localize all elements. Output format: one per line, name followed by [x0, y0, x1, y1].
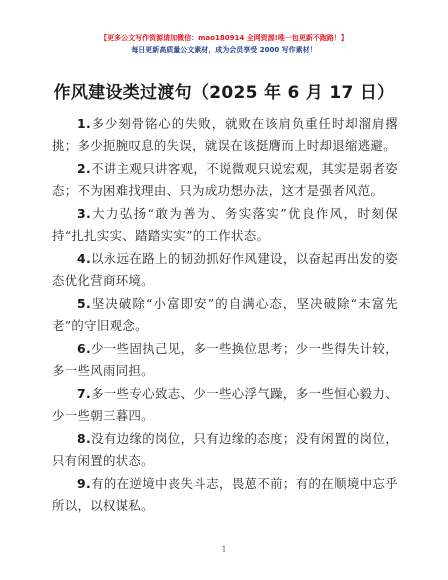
list-item: 1.多少刻骨铭心的失败，就败在该肩负重任时却溜肩撂挑；多少扼腕叹息的失误，就误在… [52, 113, 398, 156]
item-number: 5. [77, 296, 91, 311]
list-item: 5.坚决破除“小富即安”的自满心态，坚决破除“未富先老”的守旧观念。 [52, 293, 398, 336]
item-number: 4. [77, 251, 91, 266]
item-text: 少一些固执己见，多一些换位思考；少一些得失计较，多一些风雨同担。 [52, 341, 398, 378]
list-item: 8.没有边缘的岗位，只有边缘的态度；没有闲置的岗位，只有闲置的状态。 [52, 428, 398, 471]
list-item: 2.不讲主观只讲客观，不说微观只说宏观，其实是弱者姿态；不为困难找理由、只为成功… [52, 158, 398, 201]
list-item: 6.少一些固执己见，多一些换位思考；少一些得失计较，多一些风雨同担。 [52, 338, 398, 381]
item-text: 不讲主观只讲客观，不说微观只说宏观，其实是弱者姿态；不为困难找理由、只为成功想办… [52, 161, 398, 198]
item-number: 2. [77, 161, 91, 176]
item-number: 3. [77, 206, 91, 221]
item-text: 有的在逆境中丧失斗志，畏葸不前；有的在顺境中忘乎所以，以权谋私。 [52, 476, 398, 513]
promo-banner: 【更多公文写作资源请加微信：mao180914 全网资源!唯一包更新不跑路！】 … [0, 33, 448, 56]
item-number: 9. [77, 476, 91, 491]
document-page: 【更多公文写作资源请加微信：mao180914 全网资源!唯一包更新不跑路！】 … [0, 0, 448, 580]
item-number: 7. [77, 386, 91, 401]
item-text: 多少刻骨铭心的失败，就败在该肩负重任时却溜肩撂挑；多少扼腕叹息的失误，就误在该挺… [52, 116, 398, 153]
document-title: 作风建设类过渡句（2025 年 6 月 17 日） [0, 78, 448, 103]
sentence-list: 1.多少刻骨铭心的失败，就败在该肩负重任时却溜肩撂挑；多少扼腕叹息的失误，就误在… [52, 113, 398, 518]
list-item: 3.大力弘扬“敢为善为、务实落实”优良作风，时刻保持“扎扎实实、踏踏实实”的工作… [52, 203, 398, 246]
list-item: 4.以永远在路上的韧劲抓好作风建设，以奋起再出发的姿态优化营商环境。 [52, 248, 398, 291]
item-text: 没有边缘的岗位，只有边缘的态度；没有闲置的岗位，只有闲置的状态。 [52, 431, 398, 468]
item-text: 以永远在路上的韧劲抓好作风建设，以奋起再出发的姿态优化营商环境。 [52, 251, 398, 288]
promo-line-wechat: 【更多公文写作资源请加微信：mao180914 全网资源!唯一包更新不跑路！】 [0, 33, 448, 44]
list-item: 9.有的在逆境中丧失斗志，畏葸不前；有的在顺境中忘乎所以，以权谋私。 [52, 473, 398, 516]
item-number: 1. [77, 116, 91, 131]
item-text: 大力弘扬“敢为善为、务实落实”优良作风，时刻保持“扎扎实实、踏踏实实”的工作状态… [52, 206, 398, 243]
item-text: 坚决破除“小富即安”的自满心态，坚决破除“未富先老”的守旧观念。 [52, 296, 398, 333]
list-item: 7.多一些专心致志、少一些心浮气躁，多一些恒心毅力、少一些朝三暮四。 [52, 383, 398, 426]
item-number: 6. [77, 341, 91, 356]
item-number: 8. [77, 431, 91, 446]
page-number: 1 [0, 545, 448, 554]
promo-line-membership: 每日更新高质量公文素材，成为会员享受 2000 写作素材！ [0, 45, 448, 56]
item-text: 多一些专心致志、少一些心浮气躁，多一些恒心毅力、少一些朝三暮四。 [52, 386, 398, 423]
